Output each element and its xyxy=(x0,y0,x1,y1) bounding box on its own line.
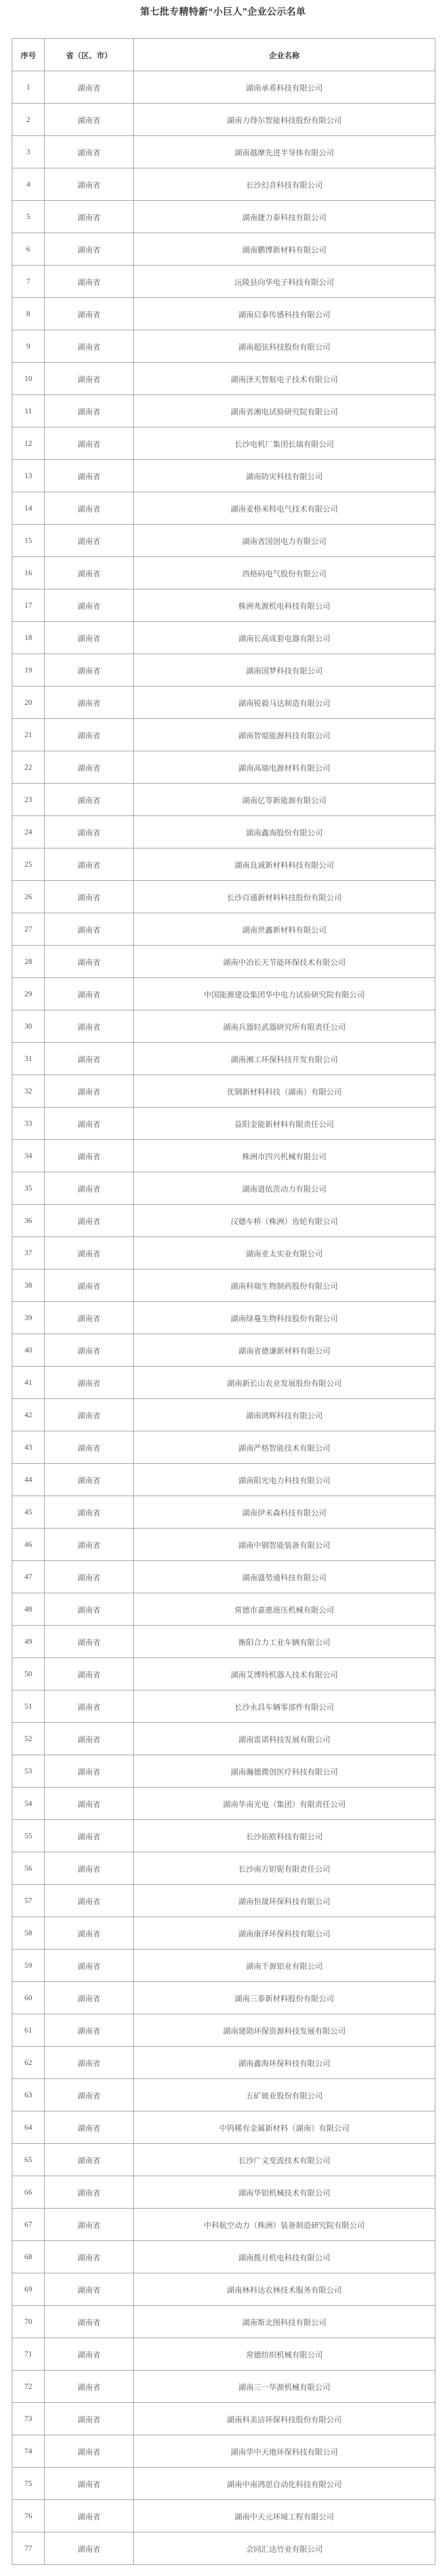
row-seq-cell: 34 xyxy=(12,1140,45,1172)
row-province-cell: 湖南省 xyxy=(45,1788,134,1820)
row-seq-cell: 57 xyxy=(12,1885,45,1917)
table-row: 11湖南省湖南省湘电试验研究院有限公司 xyxy=(12,395,435,427)
row-company-cell: 湖南康泽环保科技有限公司 xyxy=(134,1917,435,1950)
row-company-cell: 中国能源建设集团华中电力试验研究院有限公司 xyxy=(134,978,435,1010)
row-company-cell: 湖南捷力泰科技有限公司 xyxy=(134,201,435,233)
table-row: 44湖南省湖南阳光电力科技有限公司 xyxy=(12,1464,435,1496)
companies-table: 序号 省（区、市） 企业名称 1湖南省湖南承希科技有限公司2湖南省湖南力得尔智能… xyxy=(12,38,435,2565)
row-company-cell: 湖南超弦科技股份有限公司 xyxy=(134,330,435,363)
row-province-cell: 湖南省 xyxy=(45,1755,134,1788)
table-row: 19湖南省湖南国梦科技有限公司 xyxy=(12,654,435,687)
row-seq-cell: 47 xyxy=(12,1561,45,1593)
row-company-cell: 湖南道依茨动力有限公司 xyxy=(134,1172,435,1205)
row-province-cell: 湖南省 xyxy=(45,751,134,784)
document-page: 第七批专精特新“小巨人”企业公示名单 序号 省（区、市） 企业名称 1湖南省湖南… xyxy=(0,0,446,2576)
row-province-cell: 湖南省 xyxy=(45,589,134,622)
row-province-cell: 湖南省 xyxy=(45,881,134,913)
row-province-cell: 湖南省 xyxy=(45,2273,134,2306)
row-seq-cell: 20 xyxy=(12,687,45,719)
table-row: 64湖南省中钨稀有金属新材料（湖南）有限公司 xyxy=(12,2111,435,2144)
row-province-cell: 湖南省 xyxy=(45,2371,134,2403)
row-province-cell: 湖南省 xyxy=(45,1237,134,1269)
row-province-cell: 湖南省 xyxy=(45,1399,134,1431)
row-province-cell: 湖南省 xyxy=(45,427,134,460)
row-seq-cell: 30 xyxy=(12,1010,45,1043)
table-row: 34湖南省株洲市四兴机械有限公司 xyxy=(12,1140,435,1172)
table-row: 38湖南省湖南科瑞生物制药股份有限公司 xyxy=(12,1269,435,1302)
row-province-cell: 湖南省 xyxy=(45,784,134,816)
table-row: 75湖南省湖南中南鸿思自动化科技有限公司 xyxy=(12,2468,435,2500)
row-province-cell: 湖南省 xyxy=(45,1917,134,1950)
row-company-cell: 湖南雷诺科技发展有限公司 xyxy=(134,1723,435,1755)
row-province-cell: 湖南省 xyxy=(45,395,134,427)
row-province-cell: 湖南省 xyxy=(45,2468,134,2500)
row-company-cell: 湖南启泰传感科技有限公司 xyxy=(134,298,435,330)
row-province-cell: 湖南省 xyxy=(45,1043,134,1075)
row-seq-cell: 45 xyxy=(12,1496,45,1529)
row-province-cell: 湖南省 xyxy=(45,1108,134,1140)
row-province-cell: 湖南省 xyxy=(45,1852,134,1885)
table-row: 76湖南省湖南中天元环境工程有限公司 xyxy=(12,2500,435,2532)
row-company-cell: 湖南省德谦新材料有限公司 xyxy=(134,1334,435,1367)
table-row: 71湖南省常德纺织机械有限公司 xyxy=(12,2338,435,2371)
table-row: 20湖南省湖南锐毅马达制造有限公司 xyxy=(12,687,435,719)
table-row: 28湖南省湖南中冶长天节能环保技术有限公司 xyxy=(12,946,435,978)
row-province-cell: 湖南省 xyxy=(45,978,134,1010)
row-seq-cell: 39 xyxy=(12,1302,45,1334)
row-province-cell: 湖南省 xyxy=(45,1464,134,1496)
table-row: 8湖南省湖南启泰传感科技有限公司 xyxy=(12,298,435,330)
row-company-cell: 湖南亚太实业有限公司 xyxy=(134,1237,435,1269)
row-company-cell: 湖南新长山农业发展股份有限公司 xyxy=(134,1367,435,1399)
row-seq-cell: 77 xyxy=(12,2532,45,2565)
table-row: 25湖南省湖南良诚新材料科技有限公司 xyxy=(12,848,435,881)
table-row: 68湖南省湖南揽月机电科技有限公司 xyxy=(12,2241,435,2273)
table-row: 66湖南省湖南华铝机械技术有限公司 xyxy=(12,2176,435,2209)
header-province: 省（区、市） xyxy=(45,39,134,71)
page-title: 第七批专精特新“小巨人”企业公示名单 xyxy=(0,0,446,19)
row-company-cell: 湖南绿蔓生物科技股份有限公司 xyxy=(134,1302,435,1334)
row-seq-cell: 54 xyxy=(12,1788,45,1820)
table-row: 48湖南省常德市嘉惠液压机械有限公司 xyxy=(12,1593,435,1626)
row-company-cell: 湖南力得尔智能科技股份有限公司 xyxy=(134,104,435,136)
row-seq-cell: 68 xyxy=(12,2241,45,2273)
table-row: 35湖南省湖南道依茨动力有限公司 xyxy=(12,1172,435,1205)
row-province-cell: 湖南省 xyxy=(45,2111,134,2144)
row-company-cell: 湖南智焜能源科技有限公司 xyxy=(134,719,435,751)
row-seq-cell: 15 xyxy=(12,525,45,557)
table-row: 42湖南省湖南鸿辉科技有限公司 xyxy=(12,1399,435,1431)
row-seq-cell: 25 xyxy=(12,848,45,881)
row-province-cell: 湖南省 xyxy=(45,1075,134,1108)
row-province-cell: 湖南省 xyxy=(45,2532,134,2565)
table-row: 40湖南省湖南省德谦新材料有限公司 xyxy=(12,1334,435,1367)
row-seq-cell: 3 xyxy=(12,136,45,168)
row-company-cell: 湖南承希科技有限公司 xyxy=(134,71,435,104)
row-seq-cell: 71 xyxy=(12,2338,45,2371)
row-seq-cell: 51 xyxy=(12,1690,45,1723)
table-row: 30湖南省湖南兵器轻武器研究所有限责任公司 xyxy=(12,1010,435,1043)
row-seq-cell: 28 xyxy=(12,946,45,978)
row-seq-cell: 14 xyxy=(12,492,45,525)
table-row: 73湖南省湖南科美洁环保科技股份有限公司 xyxy=(12,2403,435,2435)
row-company-cell: 长沙电机厂集团长瑞有限公司 xyxy=(134,427,435,460)
row-company-cell: 沅陵县向华电子科技有限公司 xyxy=(134,266,435,298)
row-seq-cell: 37 xyxy=(12,1237,45,1269)
row-company-cell: 长沙百通新材料科技股份有限公司 xyxy=(134,881,435,913)
row-company-cell: 湖南千源铝业有限公司 xyxy=(134,1950,435,1982)
table-row: 50湖南省湖南艾博特机器人技术有限公司 xyxy=(12,1658,435,1690)
row-company-cell: 湖南伊米森科技有限公司 xyxy=(134,1496,435,1529)
row-province-cell: 湖南省 xyxy=(45,1269,134,1302)
table-row: 70湖南省湖南斯北图科技有限公司 xyxy=(12,2306,435,2338)
row-province-cell: 湖南省 xyxy=(45,201,134,233)
row-province-cell: 湖南省 xyxy=(45,1140,134,1172)
row-province-cell: 湖南省 xyxy=(45,1885,134,1917)
row-seq-cell: 31 xyxy=(12,1043,45,1075)
table-row: 41湖南省湖南新长山农业发展股份有限公司 xyxy=(12,1367,435,1399)
row-seq-cell: 67 xyxy=(12,2209,45,2241)
row-province-cell: 湖南省 xyxy=(45,687,134,719)
table-header: 序号 省（区、市） 企业名称 xyxy=(12,39,435,71)
row-seq-cell: 56 xyxy=(12,1852,45,1885)
row-seq-cell: 63 xyxy=(12,2079,45,2111)
row-province-cell: 湖南省 xyxy=(45,2144,134,2176)
table-row: 37湖南省湖南亚太实业有限公司 xyxy=(12,1237,435,1269)
table-row: 61湖南省湖南建勋环保资源科技发展有限公司 xyxy=(12,2014,435,2047)
row-seq-cell: 17 xyxy=(12,589,45,622)
row-province-cell: 湖南省 xyxy=(45,1367,134,1399)
row-company-cell: 湖南中钢智能装备有限公司 xyxy=(134,1529,435,1561)
table-row: 39湖南省湖南绿蔓生物科技股份有限公司 xyxy=(12,1302,435,1334)
row-province-cell: 湖南省 xyxy=(45,168,134,201)
row-company-cell: 湖南鑫海环保科技有限公司 xyxy=(134,2047,435,2079)
table-row: 58湖南省湖南康泽环保科技有限公司 xyxy=(12,1917,435,1950)
table-row: 69湖南省湖南林科达农林技术服务有限公司 xyxy=(12,2273,435,2306)
row-seq-cell: 26 xyxy=(12,881,45,913)
row-province-cell: 湖南省 xyxy=(45,1690,134,1723)
row-company-cell: 湖南林科达农林技术服务有限公司 xyxy=(134,2273,435,2306)
row-seq-cell: 38 xyxy=(12,1269,45,1302)
row-province-cell: 湖南省 xyxy=(45,1982,134,2014)
table-row: 27湖南省湖南世鑫新材料有限公司 xyxy=(12,913,435,946)
row-seq-cell: 36 xyxy=(12,1205,45,1237)
row-seq-cell: 53 xyxy=(12,1755,45,1788)
row-seq-cell: 65 xyxy=(12,2144,45,2176)
row-company-cell: 湖南鹏博新材料有限公司 xyxy=(134,233,435,266)
table-row: 51湖南省长沙永昌车辆零部件有限公司 xyxy=(12,1690,435,1723)
row-company-cell: 湖南省国创电力有限公司 xyxy=(134,525,435,557)
row-seq-cell: 42 xyxy=(12,1399,45,1431)
row-seq-cell: 69 xyxy=(12,2273,45,2306)
row-province-cell: 湖南省 xyxy=(45,2338,134,2371)
row-seq-cell: 23 xyxy=(12,784,45,816)
row-seq-cell: 2 xyxy=(12,104,45,136)
row-province-cell: 湖南省 xyxy=(45,2014,134,2047)
row-seq-cell: 4 xyxy=(12,168,45,201)
row-seq-cell: 10 xyxy=(12,363,45,395)
row-company-cell: 五矿铍业股份有限公司 xyxy=(134,2079,435,2111)
row-seq-cell: 18 xyxy=(12,622,45,654)
row-seq-cell: 6 xyxy=(12,233,45,266)
row-province-cell: 湖南省 xyxy=(45,1593,134,1626)
row-province-cell: 湖南省 xyxy=(45,1334,134,1367)
table-row: 57湖南省湖南恒晟环保科技有限公司 xyxy=(12,1885,435,1917)
row-province-cell: 湖南省 xyxy=(45,2403,134,2435)
table-row: 63湖南省五矿铍业股份有限公司 xyxy=(12,2079,435,2111)
row-seq-cell: 8 xyxy=(12,298,45,330)
row-province-cell: 湖南省 xyxy=(45,71,134,104)
row-company-cell: 湖南高瑞电源材料有限公司 xyxy=(134,751,435,784)
table-row: 12湖南省长沙电机厂集团长瑞有限公司 xyxy=(12,427,435,460)
row-province-cell: 湖南省 xyxy=(45,2241,134,2273)
row-seq-cell: 21 xyxy=(12,719,45,751)
row-company-cell: 湖南省湘电试验研究院有限公司 xyxy=(134,395,435,427)
table-row: 60湖南省湖南三泰新材料股份有限公司 xyxy=(12,1982,435,2014)
table-row: 10湖南省湖南泽天智航电子技术有限公司 xyxy=(12,363,435,395)
table-row: 62湖南省湖南鑫海环保科技有限公司 xyxy=(12,2047,435,2079)
row-province-cell: 湖南省 xyxy=(45,2306,134,2338)
row-company-cell: 湖南世鑫新材料有限公司 xyxy=(134,913,435,946)
row-company-cell: 湖南麦格米特电气技术有限公司 xyxy=(134,492,435,525)
row-province-cell: 湖南省 xyxy=(45,492,134,525)
table-row: 56湖南省长沙南方钽铌有限责任公司 xyxy=(12,1852,435,1885)
row-seq-cell: 75 xyxy=(12,2468,45,2500)
table-row: 32湖南省优钢新材料科技（湖南）有限公司 xyxy=(12,1075,435,1108)
row-seq-cell: 40 xyxy=(12,1334,45,1367)
row-province-cell: 湖南省 xyxy=(45,1529,134,1561)
row-company-cell: 湖南良诚新材料科技有限公司 xyxy=(134,848,435,881)
row-province-cell: 湖南省 xyxy=(45,946,134,978)
row-province-cell: 湖南省 xyxy=(45,1172,134,1205)
row-seq-cell: 9 xyxy=(12,330,45,363)
row-province-cell: 湖南省 xyxy=(45,557,134,589)
row-company-cell: 湖南阳光电力科技有限公司 xyxy=(134,1464,435,1496)
row-seq-cell: 48 xyxy=(12,1593,45,1626)
row-province-cell: 湖南省 xyxy=(45,848,134,881)
row-seq-cell: 60 xyxy=(12,1982,45,2014)
row-company-cell: 湖南防灾科技有限公司 xyxy=(134,460,435,492)
row-seq-cell: 13 xyxy=(12,460,45,492)
row-company-cell: 常德市嘉惠液压机械有限公司 xyxy=(134,1593,435,1626)
row-seq-cell: 59 xyxy=(12,1950,45,1982)
row-company-cell: 湖南长高成套电器有限公司 xyxy=(134,622,435,654)
row-seq-cell: 11 xyxy=(12,395,45,427)
table-row: 22湖南省湖南高瑞电源材料有限公司 xyxy=(12,751,435,784)
table-row: 16湖南省西格码电气股份有限公司 xyxy=(12,557,435,589)
row-company-cell: 长沙永昌车辆零部件有限公司 xyxy=(134,1690,435,1723)
row-company-cell: 湖南中冶长天节能环保技术有限公司 xyxy=(134,946,435,978)
row-seq-cell: 49 xyxy=(12,1626,45,1658)
row-province-cell: 湖南省 xyxy=(45,298,134,330)
row-company-cell: 湖南建勋环保资源科技发展有限公司 xyxy=(134,2014,435,2047)
row-province-cell: 湖南省 xyxy=(45,460,134,492)
table-row: 18湖南省湖南长高成套电器有限公司 xyxy=(12,622,435,654)
row-company-cell: 湖南国梦科技有限公司 xyxy=(134,654,435,687)
table-header-row: 序号 省（区、市） 企业名称 xyxy=(12,39,435,71)
row-company-cell: 湖南华铝机械技术有限公司 xyxy=(134,2176,435,2209)
table-row: 67湖南省中科航空动力（株洲）装备制造研究院有限公司 xyxy=(12,2209,435,2241)
table-row: 13湖南省湖南防灾科技有限公司 xyxy=(12,460,435,492)
row-province-cell: 湖南省 xyxy=(45,104,134,136)
table-row: 4湖南省长沙幻音科技有限公司 xyxy=(12,168,435,201)
row-company-cell: 常德纺织机械有限公司 xyxy=(134,2338,435,2371)
table-row: 24湖南省湖南鑫海股份有限公司 xyxy=(12,816,435,848)
row-company-cell: 湖南科美洁环保科技股份有限公司 xyxy=(134,2403,435,2435)
row-province-cell: 湖南省 xyxy=(45,1950,134,1982)
table-row: 43湖南省湖南严格智能技术有限公司 xyxy=(12,1431,435,1464)
header-seq: 序号 xyxy=(12,39,45,71)
table-row: 74湖南省湖南华中天地环保科技有限公司 xyxy=(12,2435,435,2468)
table-row: 65湖南省长沙广义变流技术有限公司 xyxy=(12,2144,435,2176)
row-company-cell: 中钨稀有金属新材料（湖南）有限公司 xyxy=(134,2111,435,2144)
row-company-cell: 湖南湘工环保科技开发有限公司 xyxy=(134,1043,435,1075)
row-company-cell: 长沙拓欧科技有限公司 xyxy=(134,1820,435,1852)
table-row: 52湖南省湖南雷诺科技发展有限公司 xyxy=(12,1723,435,1755)
row-seq-cell: 5 xyxy=(12,201,45,233)
row-province-cell: 湖南省 xyxy=(45,654,134,687)
row-province-cell: 湖南省 xyxy=(45,1723,134,1755)
table-row: 54湖南省湖南华南光电（集团）有限责任公司 xyxy=(12,1788,435,1820)
row-seq-cell: 12 xyxy=(12,427,45,460)
row-company-cell: 中科航空动力（株洲）装备制造研究院有限公司 xyxy=(134,2209,435,2241)
row-seq-cell: 16 xyxy=(12,557,45,589)
table-row: 59湖南省湖南千源铝业有限公司 xyxy=(12,1950,435,1982)
table-row: 45湖南省湖南伊米森科技有限公司 xyxy=(12,1496,435,1529)
row-province-cell: 湖南省 xyxy=(45,2500,134,2532)
table-row: 14湖南省湖南麦格米特电气技术有限公司 xyxy=(12,492,435,525)
row-seq-cell: 29 xyxy=(12,978,45,1010)
row-province-cell: 湖南省 xyxy=(45,363,134,395)
row-province-cell: 湖南省 xyxy=(45,330,134,363)
table-row: 17湖南省株洲兆源机电科技有限公司 xyxy=(12,589,435,622)
row-seq-cell: 1 xyxy=(12,71,45,104)
row-seq-cell: 43 xyxy=(12,1431,45,1464)
table-body: 1湖南省湖南承希科技有限公司2湖南省湖南力得尔智能科技股份有限公司3湖南省湖南越… xyxy=(12,71,435,2565)
row-seq-cell: 35 xyxy=(12,1172,45,1205)
row-company-cell: 西格码电气股份有限公司 xyxy=(134,557,435,589)
row-seq-cell: 55 xyxy=(12,1820,45,1852)
row-company-cell: 株洲兆源机电科技有限公司 xyxy=(134,589,435,622)
table-row: 36湖南省汉德车桥（株洲）齿轮有限公司 xyxy=(12,1205,435,1237)
row-seq-cell: 24 xyxy=(12,816,45,848)
row-province-cell: 湖南省 xyxy=(45,2209,134,2241)
row-company-cell: 湖南瀚德微创医疗科技有限公司 xyxy=(134,1755,435,1788)
row-company-cell: 湖南越摩先进半导体有限公司 xyxy=(134,136,435,168)
table-row: 7湖南省沅陵县向华电子科技有限公司 xyxy=(12,266,435,298)
table-row: 55湖南省长沙拓欧科技有限公司 xyxy=(12,1820,435,1852)
row-company-cell: 湖南华南光电（集团）有限责任公司 xyxy=(134,1788,435,1820)
table-row: 2湖南省湖南力得尔智能科技股份有限公司 xyxy=(12,104,435,136)
row-province-cell: 湖南省 xyxy=(45,1626,134,1658)
row-seq-cell: 44 xyxy=(12,1464,45,1496)
row-company-cell: 优钢新材料科技（湖南）有限公司 xyxy=(134,1075,435,1108)
row-province-cell: 湖南省 xyxy=(45,525,134,557)
row-company-cell: 湖南三泰新材料股份有限公司 xyxy=(134,1982,435,2014)
row-seq-cell: 7 xyxy=(12,266,45,298)
row-company-cell: 湖南三一华源机械有限公司 xyxy=(134,2371,435,2403)
row-seq-cell: 73 xyxy=(12,2403,45,2435)
row-company-cell: 湖南严格智能技术有限公司 xyxy=(134,1431,435,1464)
row-seq-cell: 64 xyxy=(12,2111,45,2144)
row-company-cell: 湖南揽月机电科技有限公司 xyxy=(134,2241,435,2273)
table-row: 46湖南省湖南中钢智能装备有限公司 xyxy=(12,1529,435,1561)
row-province-cell: 湖南省 xyxy=(45,136,134,168)
table-row: 26湖南省长沙百通新材料科技股份有限公司 xyxy=(12,881,435,913)
row-seq-cell: 46 xyxy=(12,1529,45,1561)
row-province-cell: 湖南省 xyxy=(45,1561,134,1593)
row-company-cell: 湖南兵器轻武器研究所有限责任公司 xyxy=(134,1010,435,1043)
row-province-cell: 湖南省 xyxy=(45,1010,134,1043)
row-seq-cell: 32 xyxy=(12,1075,45,1108)
row-seq-cell: 27 xyxy=(12,913,45,946)
row-company-cell: 湖南盛势通科技有限公司 xyxy=(134,1561,435,1593)
row-company-cell: 汉德车桥（株洲）齿轮有限公司 xyxy=(134,1205,435,1237)
row-seq-cell: 61 xyxy=(12,2014,45,2047)
row-company-cell: 湖南斯北图科技有限公司 xyxy=(134,2306,435,2338)
row-company-cell: 株洲市四兴机械有限公司 xyxy=(134,1140,435,1172)
row-company-cell: 湖南艾博特机器人技术有限公司 xyxy=(134,1658,435,1690)
table-row: 6湖南省湖南鹏博新材料有限公司 xyxy=(12,233,435,266)
row-province-cell: 湖南省 xyxy=(45,2435,134,2468)
row-province-cell: 湖南省 xyxy=(45,719,134,751)
row-province-cell: 湖南省 xyxy=(45,1205,134,1237)
row-province-cell: 湖南省 xyxy=(45,1820,134,1852)
row-province-cell: 湖南省 xyxy=(45,1431,134,1464)
row-company-cell: 湖南亿等新能源有限公司 xyxy=(134,784,435,816)
row-seq-cell: 72 xyxy=(12,2371,45,2403)
table-row: 5湖南省湖南捷力泰科技有限公司 xyxy=(12,201,435,233)
row-company-cell: 长沙广义变流技术有限公司 xyxy=(134,2144,435,2176)
row-seq-cell: 41 xyxy=(12,1367,45,1399)
table-row: 15湖南省湖南省国创电力有限公司 xyxy=(12,525,435,557)
row-company-cell: 湖南华中天地环保科技有限公司 xyxy=(134,2435,435,2468)
row-company-cell: 湖南科瑞生物制药股份有限公司 xyxy=(134,1269,435,1302)
row-seq-cell: 66 xyxy=(12,2176,45,2209)
row-seq-cell: 19 xyxy=(12,654,45,687)
row-seq-cell: 52 xyxy=(12,1723,45,1755)
row-province-cell: 湖南省 xyxy=(45,2047,134,2079)
table-row: 49湖南省衡阳合力工业车辆有限公司 xyxy=(12,1626,435,1658)
row-province-cell: 湖南省 xyxy=(45,233,134,266)
header-company: 企业名称 xyxy=(134,39,435,71)
table-row: 72湖南省湖南三一华源机械有限公司 xyxy=(12,2371,435,2403)
row-seq-cell: 33 xyxy=(12,1108,45,1140)
row-company-cell: 衡阳合力工业车辆有限公司 xyxy=(134,1626,435,1658)
table-row: 53湖南省湖南瀚德微创医疗科技有限公司 xyxy=(12,1755,435,1788)
table-row: 21湖南省湖南智焜能源科技有限公司 xyxy=(12,719,435,751)
table-row: 3湖南省湖南越摩先进半导体有限公司 xyxy=(12,136,435,168)
row-company-cell: 湖南恒晟环保科技有限公司 xyxy=(134,1885,435,1917)
row-seq-cell: 70 xyxy=(12,2306,45,2338)
table-row: 47湖南省湖南盛势通科技有限公司 xyxy=(12,1561,435,1593)
table-row: 31湖南省湖南湘工环保科技开发有限公司 xyxy=(12,1043,435,1075)
row-company-cell: 湖南中南鸿思自动化科技有限公司 xyxy=(134,2468,435,2500)
table-row: 33湖南省益阳金能新材料有限责任公司 xyxy=(12,1108,435,1140)
row-seq-cell: 58 xyxy=(12,1917,45,1950)
row-seq-cell: 50 xyxy=(12,1658,45,1690)
table-row: 29湖南省中国能源建设集团华中电力试验研究院有限公司 xyxy=(12,978,435,1010)
row-province-cell: 湖南省 xyxy=(45,622,134,654)
row-province-cell: 湖南省 xyxy=(45,266,134,298)
row-company-cell: 长沙幻音科技有限公司 xyxy=(134,168,435,201)
row-province-cell: 湖南省 xyxy=(45,816,134,848)
row-seq-cell: 62 xyxy=(12,2047,45,2079)
row-seq-cell: 76 xyxy=(12,2500,45,2532)
row-company-cell: 长沙南方钽铌有限责任公司 xyxy=(134,1852,435,1885)
row-province-cell: 湖南省 xyxy=(45,1302,134,1334)
row-province-cell: 湖南省 xyxy=(45,2079,134,2111)
